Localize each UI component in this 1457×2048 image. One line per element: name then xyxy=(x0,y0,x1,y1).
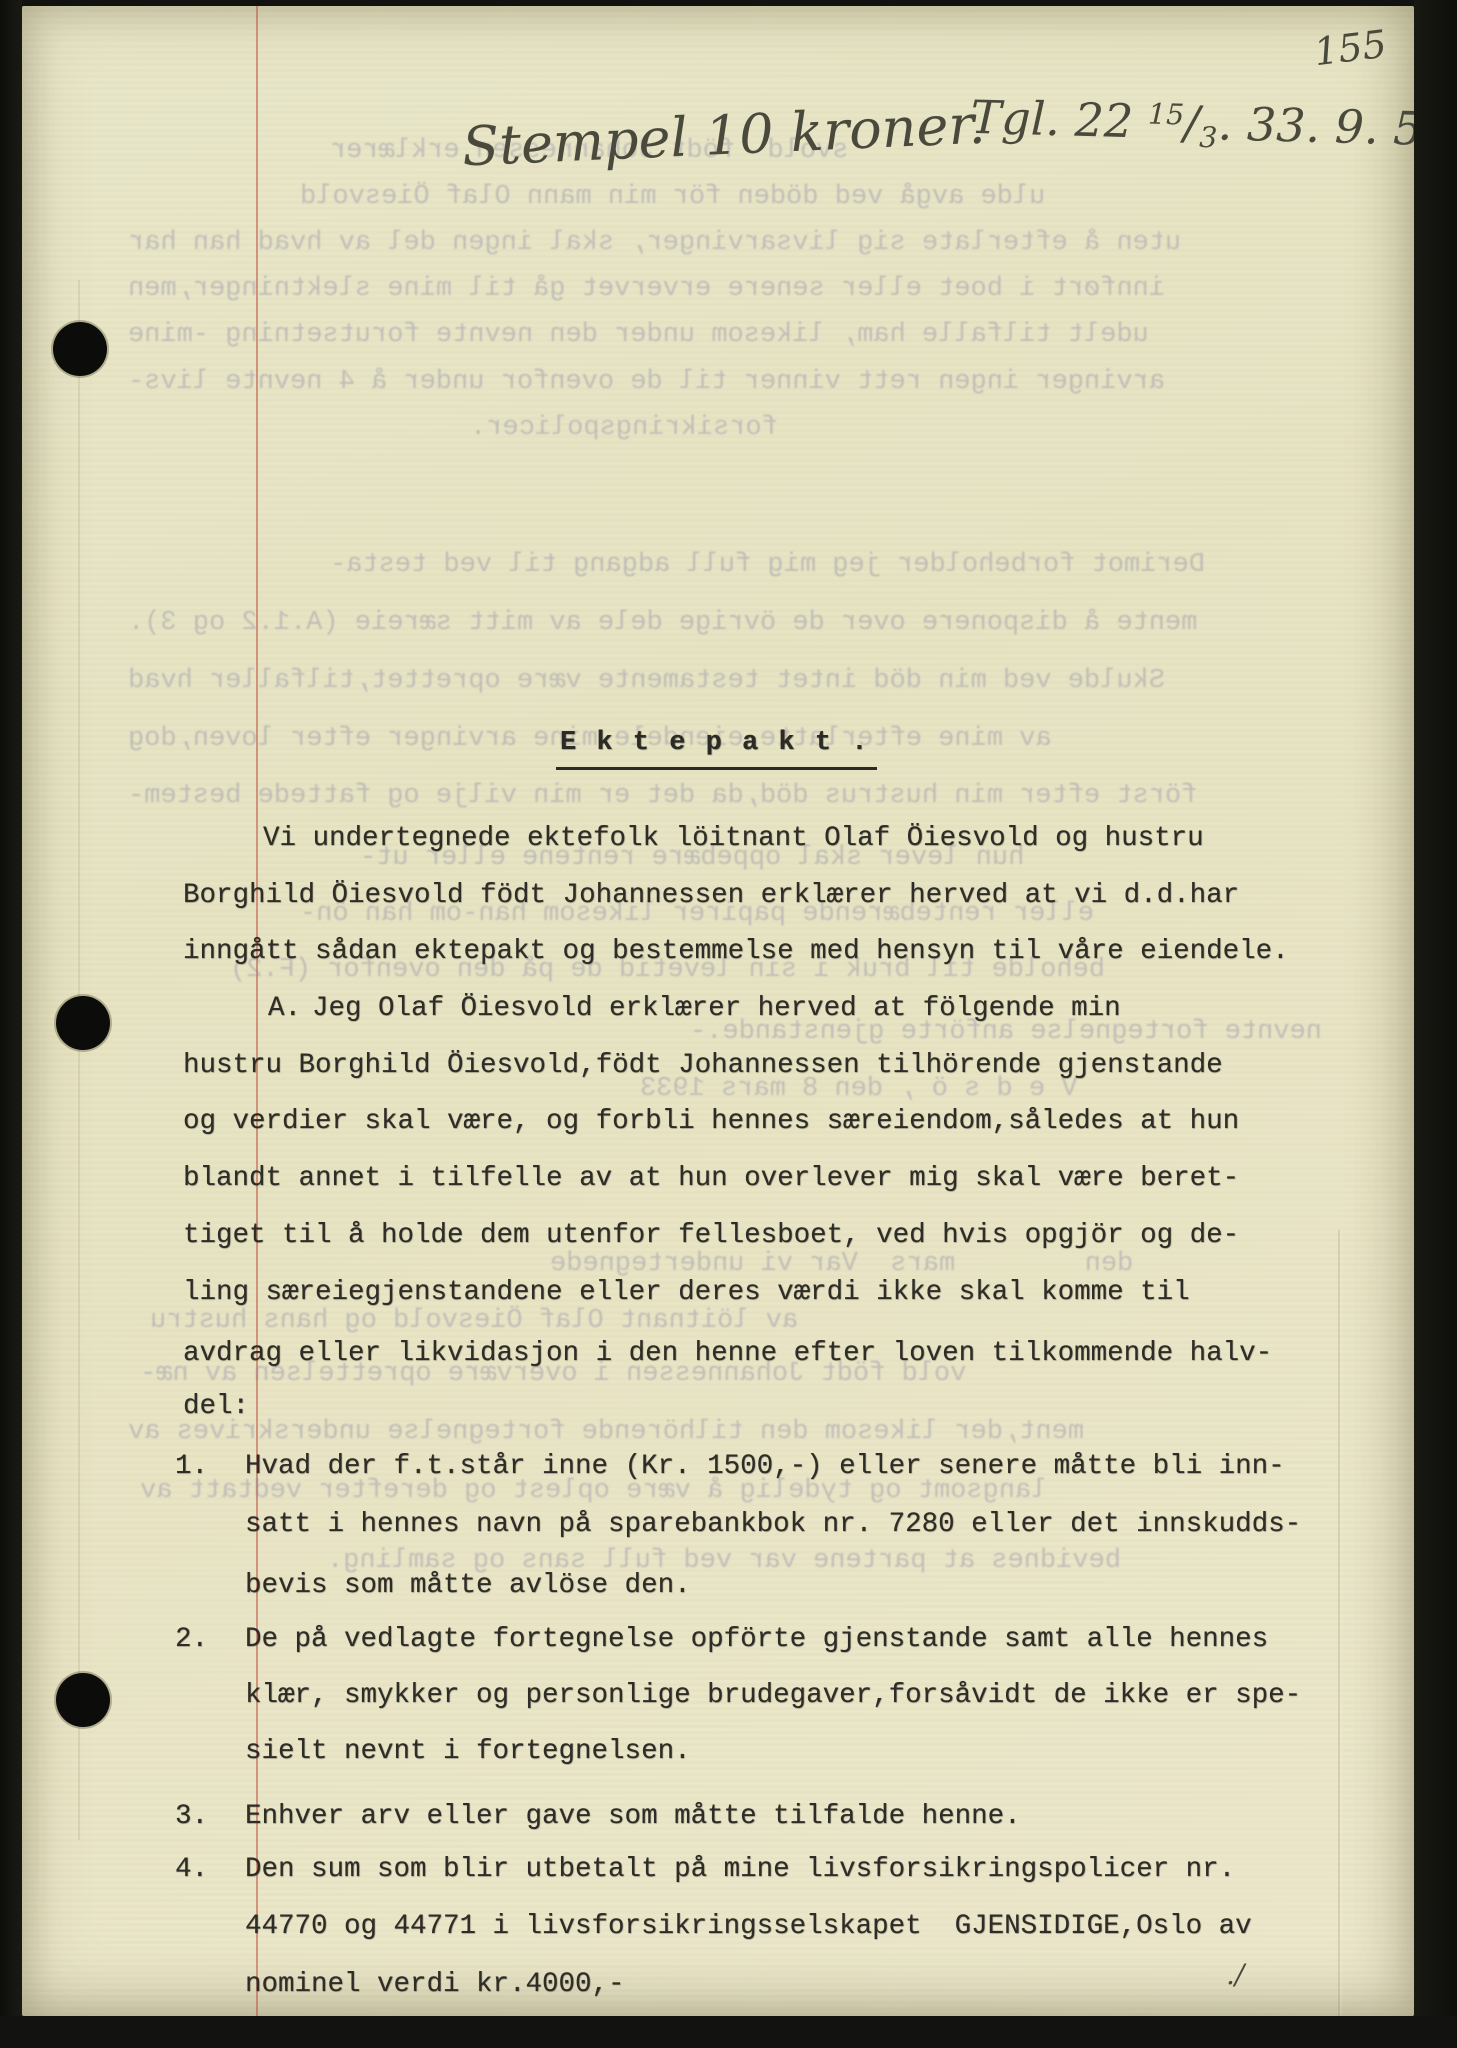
document-text-line: ling særeiegjenstandene eller deres værd… xyxy=(183,1279,1190,1307)
corner-mark: ./ xyxy=(1226,1958,1244,1991)
punch-hole xyxy=(56,996,110,1050)
document-text-line: 4. xyxy=(175,1856,208,1884)
registration-fraction-numerator: 15 xyxy=(1148,98,1185,132)
document-text-line: del: xyxy=(183,1393,249,1421)
bleedthrough-line: langsomt og tydelig å være oplest og der… xyxy=(140,1478,1047,1505)
document-text-line: og verdier skal være, og forbli hennes s… xyxy=(183,1108,1239,1136)
document-text-line: Borghild Öiesvold födt Johannessen erklæ… xyxy=(183,882,1239,910)
bleedthrough-line: den mars Var vi undertegnede xyxy=(550,1251,1133,1278)
page-number: 155 xyxy=(1312,22,1389,75)
document-text-line: klær, smykker og personlige brudegaver,f… xyxy=(245,1682,1301,1710)
registration-suffix: . 33. 9. 539. xyxy=(1217,96,1457,157)
document-text-line: sielt nevnt i fortegnelsen. xyxy=(245,1738,691,1766)
registration-fraction-slash: / xyxy=(1183,95,1200,149)
red-margin-line xyxy=(256,6,258,2016)
document-text-line: satt i hennes navn på sparebankbok nr. 7… xyxy=(245,1511,1301,1539)
bleedthrough-line: forsikringspolicer. xyxy=(470,415,778,442)
document-text-line: tiget til å holde dem utenfor fellesboet… xyxy=(183,1222,1239,1250)
bleedthrough-line: udelt tilfalle ham, likesom under den ne… xyxy=(128,322,1149,349)
document-text-line: Jeg Olaf Öiesvold erklærer herved at föl… xyxy=(312,995,1121,1023)
document-text-line: 44770 og 44771 i livsforsikringsselskape… xyxy=(245,1913,1252,1941)
bleedthrough-line: av löitnant Olaf Öiesvold og hans hustru xyxy=(150,1308,798,1335)
document-text-line: blandt annet i tilfelle av at hun overle… xyxy=(183,1165,1239,1193)
registration-fraction-denominator: 3 xyxy=(1199,121,1218,154)
bleedthrough-line: uten å efterlate sig livsarvinger, skal … xyxy=(128,230,1181,257)
document-title: E k t e p a k t . xyxy=(556,728,877,770)
bleedthrough-line: först efter min hustrus död,da det er mi… xyxy=(128,783,1197,810)
document-text-line: bevis som måtte avlöse den. xyxy=(245,1572,691,1600)
document-text-line: nominel verdi kr.4000,- xyxy=(245,1971,625,1999)
scan-edge-bottom xyxy=(0,2016,1457,2048)
document-text-line: Vi undertegnede ektefolk löitnant Olaf Ö… xyxy=(263,825,1204,853)
punch-hole xyxy=(53,322,107,376)
scan-edge-left xyxy=(0,0,22,2048)
bleedthrough-line: arvinger ingen rett vinner til de ovenfo… xyxy=(128,369,1165,396)
document-text-line: Enhver arv eller gave som måtte tilfalde… xyxy=(245,1803,1021,1831)
document-text-line: 3. xyxy=(175,1803,208,1831)
document-text-line: De på vedlagte fortegnelse opförte gjens… xyxy=(245,1626,1268,1654)
registration-prefix: Tgl. 22 xyxy=(970,90,1149,149)
document-text-line: hustru Borghild Öiesvold,födt Johannesse… xyxy=(183,1052,1223,1080)
scan-edge-right xyxy=(1414,0,1457,2048)
document-scan: svold födt Johannessen erklærerulde avgå… xyxy=(0,0,1457,2048)
bleedthrough-line: Skulde ved min död intet testamente være… xyxy=(128,668,1165,695)
document-text-line: avdrag eller likvidasjon i den henne eft… xyxy=(183,1340,1272,1368)
document-text-line: Hvad der f.t.står inne (Kr. 1500,-) elle… xyxy=(245,1453,1285,1481)
punch-hole xyxy=(56,1673,110,1727)
bleedthrough-line: ment,der likesom den tilhörende fortegne… xyxy=(128,1419,1084,1446)
bleedthrough-line: mente å disponere over de övrige dele av… xyxy=(128,610,1197,637)
document-text-line: 2. xyxy=(175,1626,208,1654)
document-text-line: Den sum som blir utbetalt på mine livsfo… xyxy=(245,1856,1235,1884)
bleedthrough-line: Derimot forbeholder jeg mig full adgang … xyxy=(330,552,1205,579)
document-text-line: A. xyxy=(268,995,301,1023)
bleedthrough-line: innført i boet eller senere ervervet gå … xyxy=(128,276,1165,303)
document-text-line: 1. xyxy=(175,1453,208,1481)
document-text-line: inngått sådan ektepakt og bestemmelse me… xyxy=(183,938,1289,966)
